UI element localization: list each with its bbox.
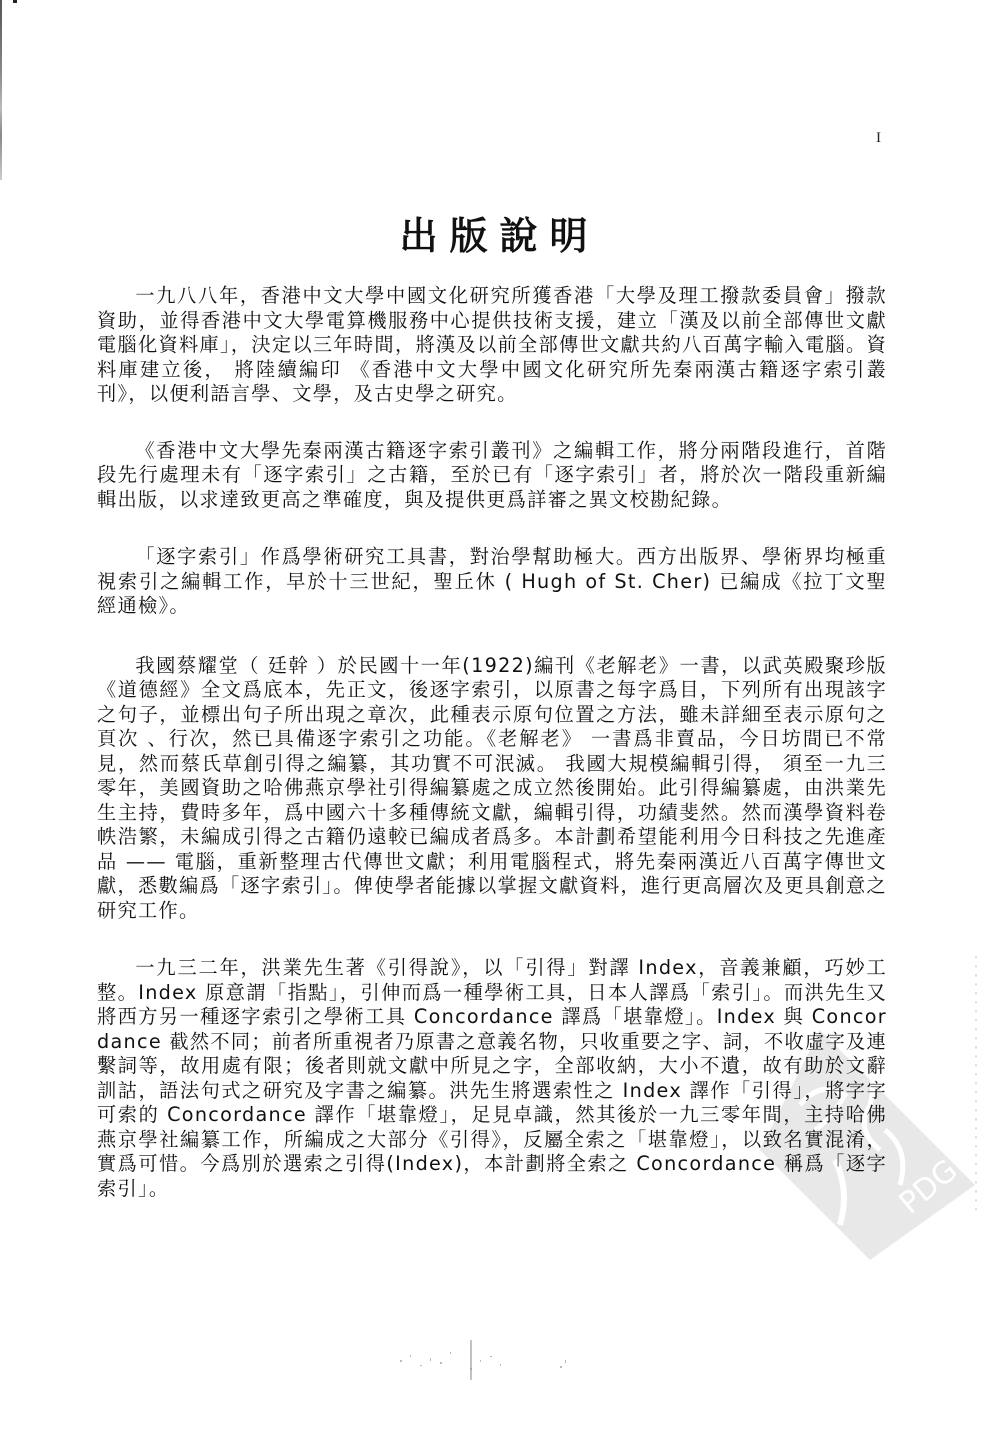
watermark-text: PDG	[893, 1153, 965, 1221]
scan-edge-line	[0, 0, 2, 180]
paragraph-1: 一九八八年，香港中文大學中國文化研究所獲香港「大學及理工撥款委員會」撥款資助，並…	[97, 284, 887, 407]
page-number: I	[876, 130, 881, 147]
page-title: 出版說明	[0, 205, 983, 260]
paragraph-4: 我國蔡耀堂（ 廷幹 ）於民國十一年(1922)編刊《老解老》一書，以武英殿聚珍版…	[97, 654, 887, 924]
paragraph-5: 一九三二年，洪業先生著《引得說》，以「引得」對譯 Index，音義兼顧，巧妙工整…	[97, 956, 887, 1201]
scan-noise	[370, 1330, 610, 1380]
scan-edge-mark	[13, 0, 17, 3]
document-body: 一九八八年，香港中文大學中國文化研究所獲香港「大學及理工撥款委員會」撥款資助，並…	[97, 284, 887, 1233]
paragraph-2: 《香港中文大學先秦兩漢古籍逐字索引叢刊》之編輯工作，將分兩階段進行，首階段先行處…	[97, 439, 887, 513]
paragraph-3: 「逐字索引」作爲學術研究工具書，對治學幫助極大。西方出版界、學術界均極重視索引之…	[97, 545, 887, 619]
scan-edge-noise	[975, 950, 977, 1210]
